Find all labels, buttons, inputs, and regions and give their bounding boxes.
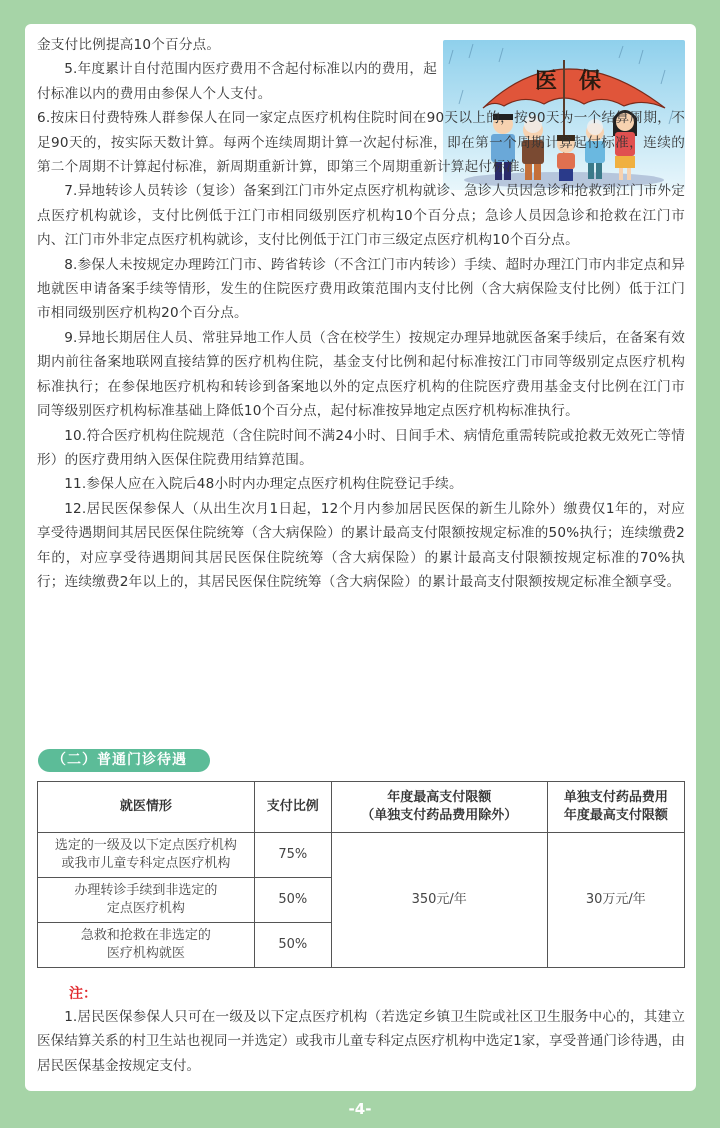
table-row: 选定的一级及以下定点医疗机构 或我市儿童专科定点医疗机构 75% 350元/年 … bbox=[38, 833, 685, 878]
paragraph-item-8: 8.参保人未按规定办理跨江门市、跨省转诊（不含江门市内转诊）手续、超时办理江门市… bbox=[37, 253, 685, 326]
cell-case: 选定的一级及以下定点医疗机构 或我市儿童专科定点医疗机构 bbox=[38, 833, 255, 878]
paragraph-item-6: 6.按床日付费特殊人群参保人在同一家定点医疗机构住院时间在90天以上的，按90天… bbox=[37, 106, 685, 179]
case-line1: 办理转诊手续到非选定的 bbox=[42, 882, 250, 900]
cell-ratio: 50% bbox=[254, 878, 331, 923]
note-label: 注： bbox=[69, 983, 97, 1003]
note-body: 1.居民医保参保人只可在一级及以下定点医疗机构（若选定乡镇卫生院或社区卫生服务中… bbox=[37, 1005, 685, 1078]
paragraph-item-11: 11.参保人应在入院后48小时内办理定点医疗机构住院登记手续。 bbox=[37, 472, 685, 496]
header-ratio: 支付比例 bbox=[254, 782, 331, 833]
outpatient-benefits-table: 就医情形 支付比例 年度最高支付限额 （单独支付药品费用除外） 单独支付药品费用… bbox=[37, 781, 685, 968]
case-line2: 或我市儿童专科定点医疗机构 bbox=[42, 855, 250, 873]
body-text: 金支付比例提高10个百分点。 5.年度累计自付范围内医疗费用不含起付标准以内的费… bbox=[37, 33, 685, 594]
note-item-1: 1.居民医保参保人只可在一级及以下定点医疗机构（若选定乡镇卫生院或社区卫生服务中… bbox=[37, 1005, 685, 1078]
paragraph-item-10: 10.符合医疗机构住院规范（含住院时间不满24小时、日间手术、病情危重需转院或抢… bbox=[37, 424, 685, 473]
section-heading-outpatient: （二）普通门诊待遇 bbox=[38, 749, 210, 772]
paragraph-item-5: 5.年度累计自付范围内医疗费用不含起付标准以内的费用，起付标准以内的费用由参保人… bbox=[37, 57, 437, 106]
page-number: -4- bbox=[0, 1100, 720, 1118]
paragraph-item-7: 7.异地转诊人员转诊（复诊）备案到江门市外定点医疗机构就诊、急诊人员因急诊和抢救… bbox=[37, 179, 685, 252]
cell-case: 急救和抢救在非选定的 医疗机构就医 bbox=[38, 923, 255, 968]
cell-ratio: 75% bbox=[254, 833, 331, 878]
case-line2: 定点医疗机构 bbox=[42, 900, 250, 918]
header-annual-limit-line1: 年度最高支付限额 bbox=[336, 789, 543, 807]
header-drug-limit: 单独支付药品费用 年度最高支付限额 bbox=[547, 782, 684, 833]
paragraph-item-6-text: 6.按床日付费特殊人群参保人在同一家定点医疗机构住院时间在90天以上的，按90天… bbox=[37, 106, 685, 179]
header-annual-limit: 年度最高支付限额 （单独支付药品费用除外） bbox=[331, 782, 547, 833]
case-line1: 选定的一级及以下定点医疗机构 bbox=[42, 837, 250, 855]
case-line1: 急救和抢救在非选定的 bbox=[42, 927, 250, 945]
header-case: 就医情形 bbox=[38, 782, 255, 833]
paragraph-item-12: 12.居民医保参保人（从出生次月1日起，12个月内参加居民医保的新生儿除外）缴费… bbox=[37, 497, 685, 595]
paragraph-continuation: 金支付比例提高10个百分点。 bbox=[37, 33, 437, 57]
table-header-row: 就医情形 支付比例 年度最高支付限额 （单独支付药品费用除外） 单独支付药品费用… bbox=[38, 782, 685, 833]
cell-annual-limit: 350元/年 bbox=[331, 833, 547, 968]
cell-case: 办理转诊手续到非选定的 定点医疗机构 bbox=[38, 878, 255, 923]
cell-ratio: 50% bbox=[254, 923, 331, 968]
header-drug-limit-line2: 年度最高支付限额 bbox=[552, 807, 680, 825]
cell-drug-limit: 30万元/年 bbox=[547, 833, 684, 968]
case-line2: 医疗机构就医 bbox=[42, 945, 250, 963]
paragraph-item-9: 9.异地长期居住人员、常驻异地工作人员（含在校学生）按规定办理异地就医备案手续后… bbox=[37, 326, 685, 424]
header-annual-limit-line2: （单独支付药品费用除外） bbox=[336, 807, 543, 825]
header-drug-limit-line1: 单独支付药品费用 bbox=[552, 789, 680, 807]
